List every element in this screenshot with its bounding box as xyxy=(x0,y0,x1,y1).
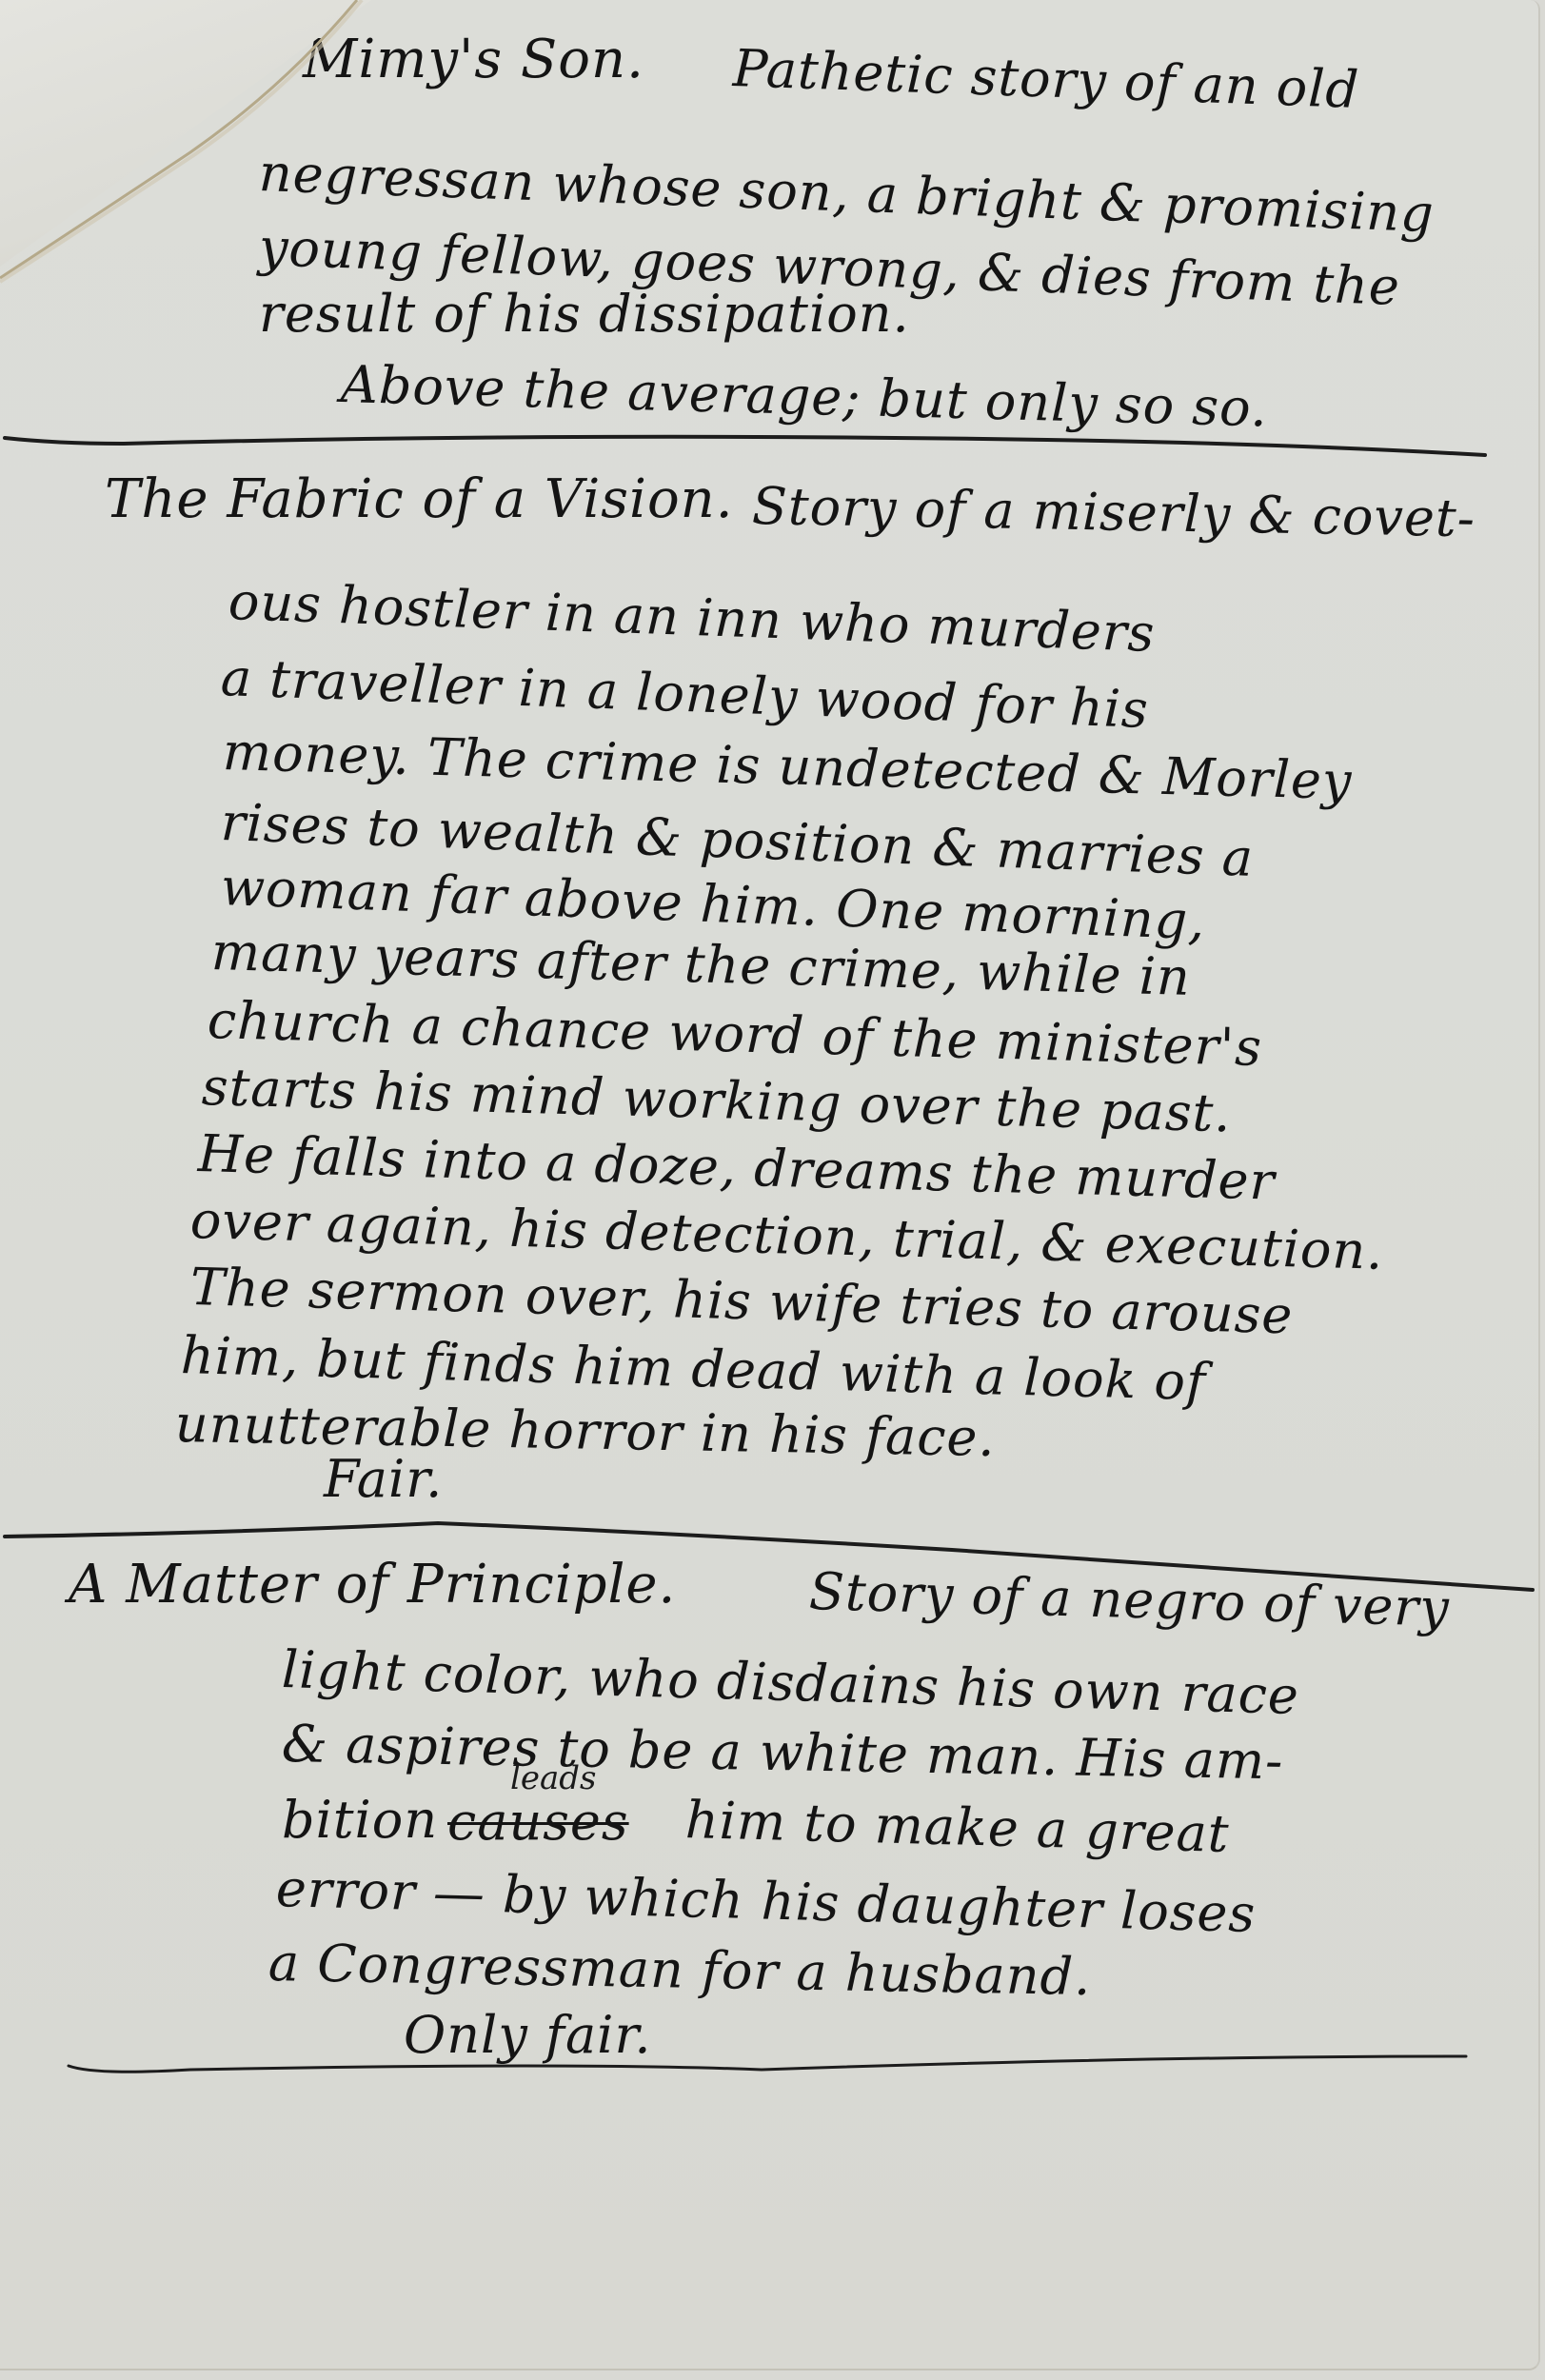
entry-text-line: unutterable horror in his face. xyxy=(174,1394,996,1468)
section-divider xyxy=(0,1495,1538,1609)
entry-text-line: light color, who disdains his own race xyxy=(281,1639,1300,1726)
entry-text-line: error — by which his daughter loses xyxy=(275,1858,1257,1944)
entry-text-line: & aspires to be a white man. His am- xyxy=(281,1714,1283,1791)
section-divider xyxy=(0,2028,1538,2085)
entry-text-line: ous hostler in an inn who murders xyxy=(228,571,1157,664)
section-divider xyxy=(0,426,1538,465)
entry-text-line: Pathetic story of an old xyxy=(732,38,1360,120)
folded-corner-edge xyxy=(0,0,457,314)
entry-title: The Fabric of a Vision. xyxy=(105,468,734,530)
struck-word: causes xyxy=(447,1792,629,1852)
entry-text-line: a Congressman for a husband. xyxy=(267,1933,1091,2007)
manuscript-page: r Mimy's Son. Pathetic story of an old n… xyxy=(0,0,1540,2370)
entry-text-line: bition xyxy=(282,1790,438,1850)
entry-text-line: him to make a great xyxy=(684,1790,1230,1864)
entry-text-line: Story of a miserly & covet- xyxy=(751,476,1476,548)
